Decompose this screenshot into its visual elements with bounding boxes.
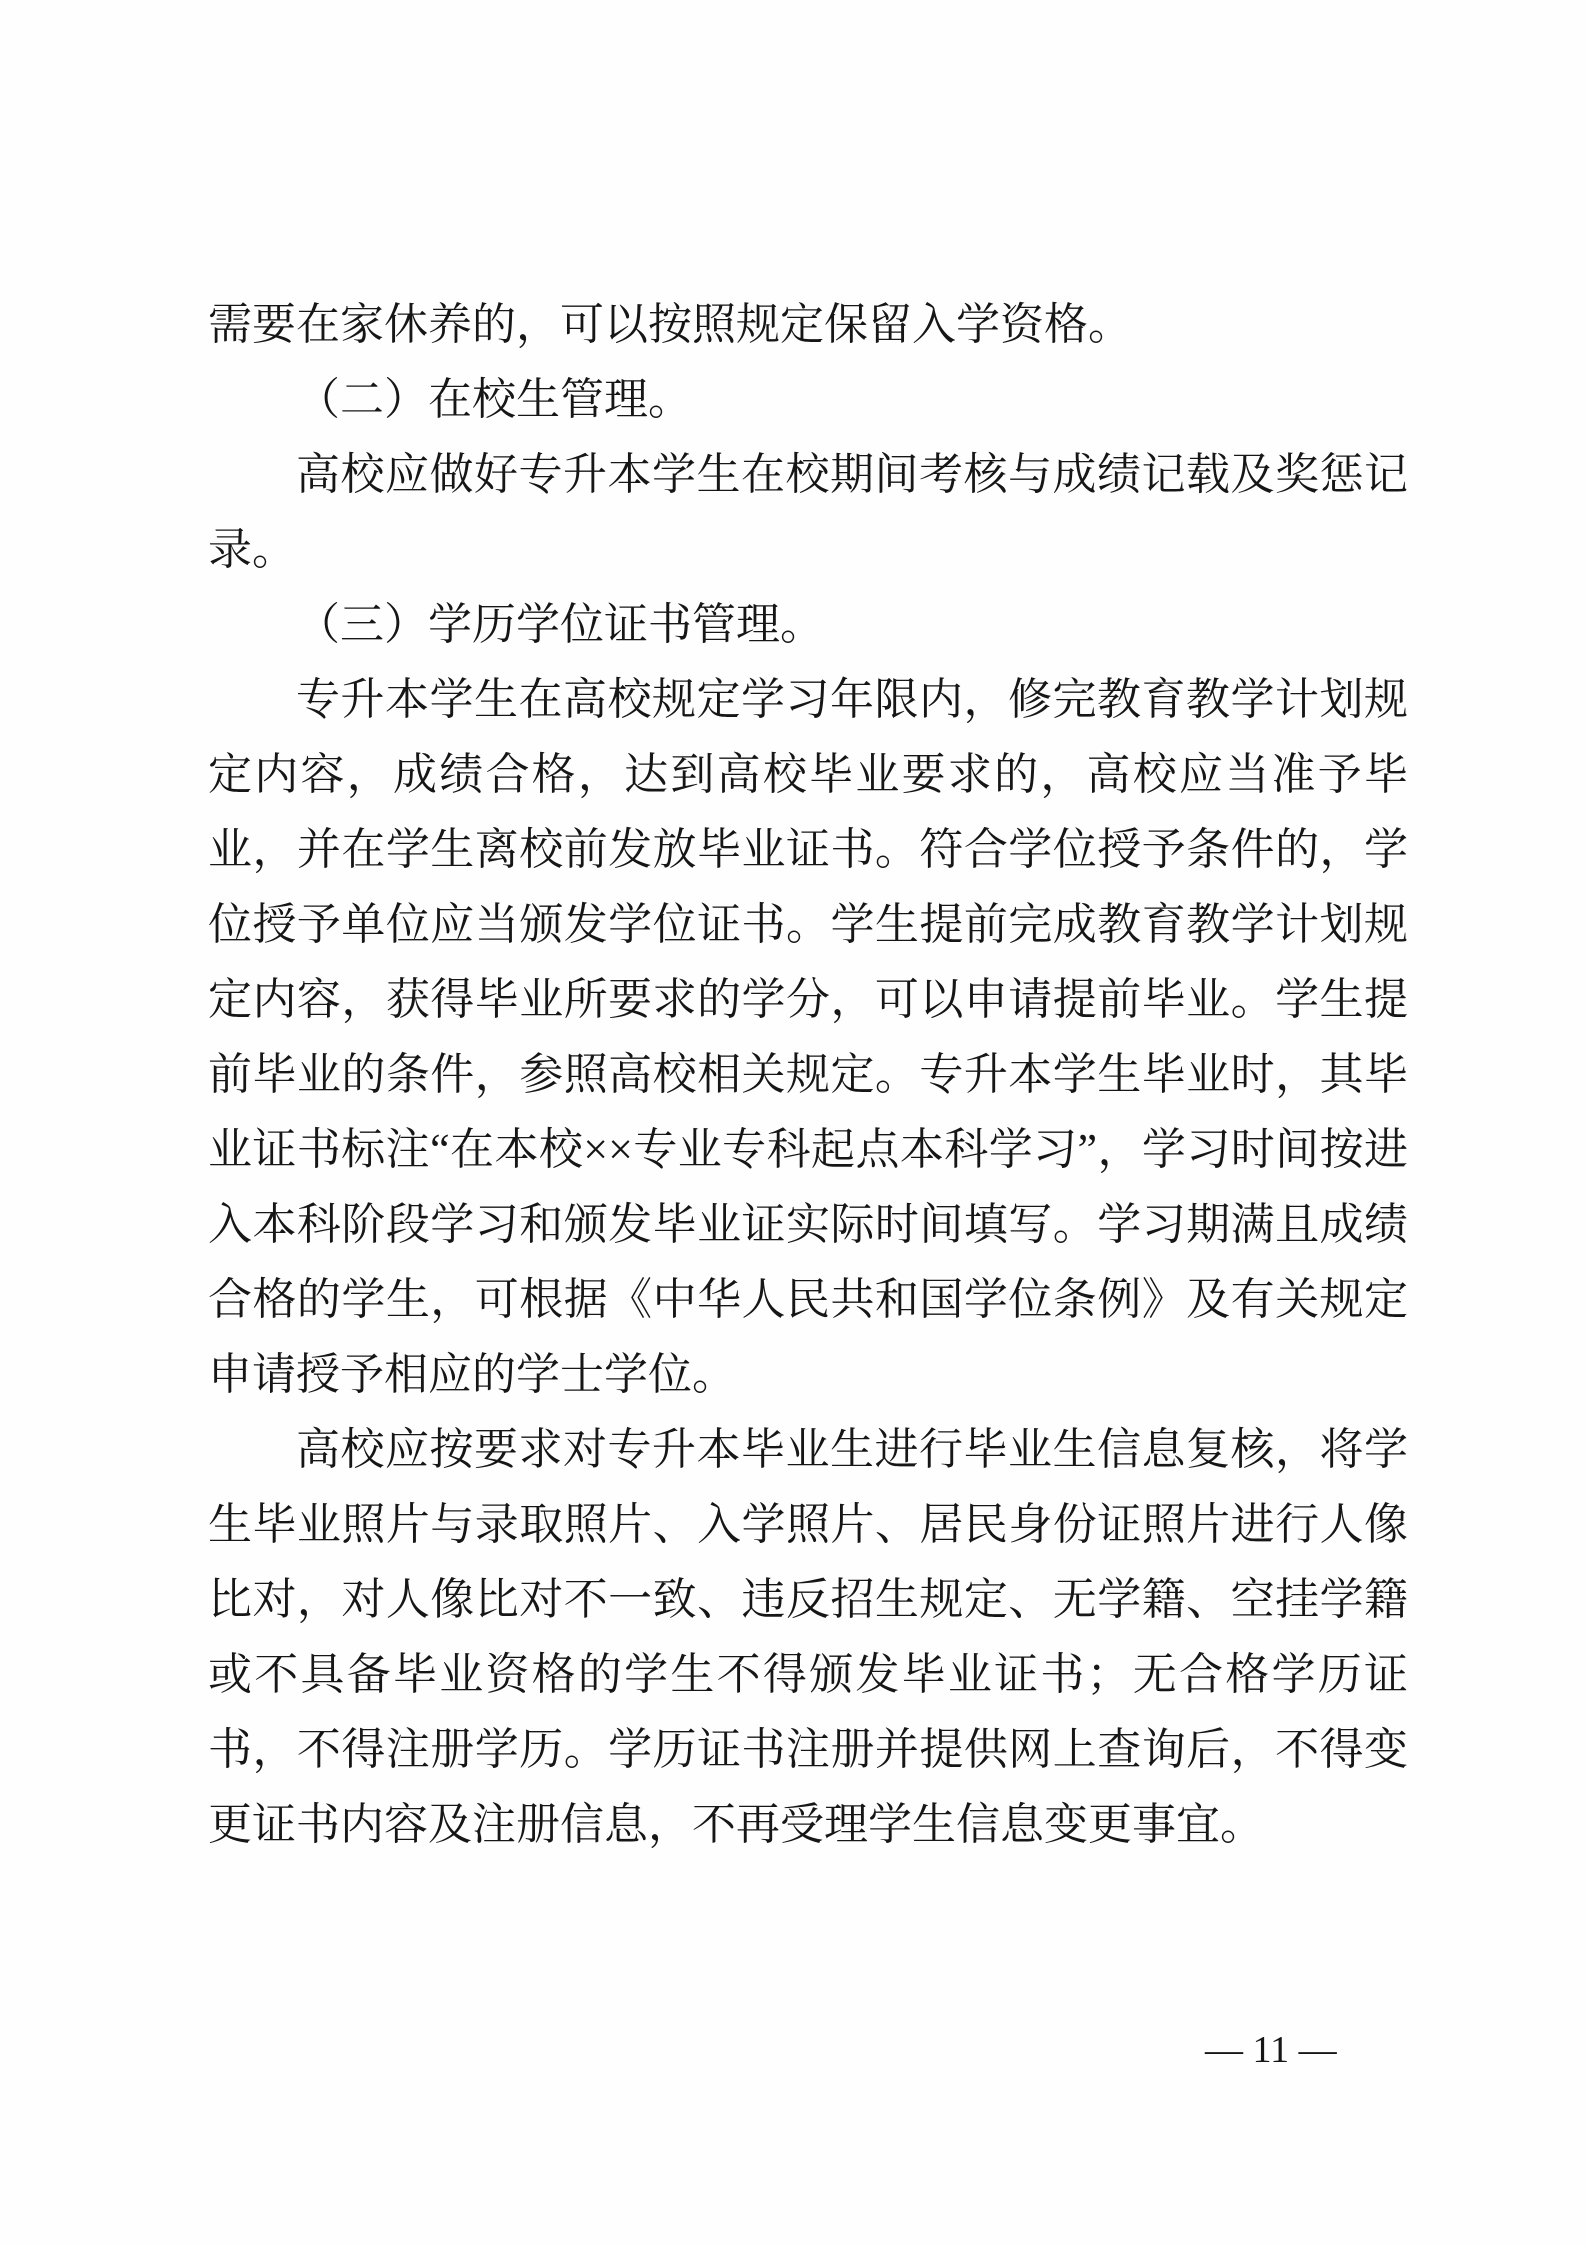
body-paragraph: 专升本学生在高校规定学习年限内，修完教育教学计划规定内容，成绩合格，达到高校毕业…	[208, 662, 1408, 1412]
body-paragraph: 高校应按要求对专升本毕业生进行毕业生信息复核，将学生毕业照片与录取照片、入学照片…	[208, 1412, 1408, 1862]
body-text-block: 需要在家休养的，可以按照规定保留入学资格。 （二）在校生管理。 高校应做好专升本…	[208, 287, 1408, 1862]
body-paragraph: 高校应做好专升本学生在校期间考核与成绩记载及奖惩记录。	[208, 437, 1408, 587]
body-paragraph: （二）在校生管理。	[208, 362, 1408, 437]
document-page: 需要在家休养的，可以按照规定保留入学资格。 （二）在校生管理。 高校应做好专升本…	[0, 0, 1587, 2245]
body-paragraph: 需要在家休养的，可以按照规定保留入学资格。	[208, 287, 1408, 362]
body-paragraph: （三）学历学位证书管理。	[208, 587, 1408, 662]
page-number: — 11 —	[1205, 2028, 1385, 2072]
